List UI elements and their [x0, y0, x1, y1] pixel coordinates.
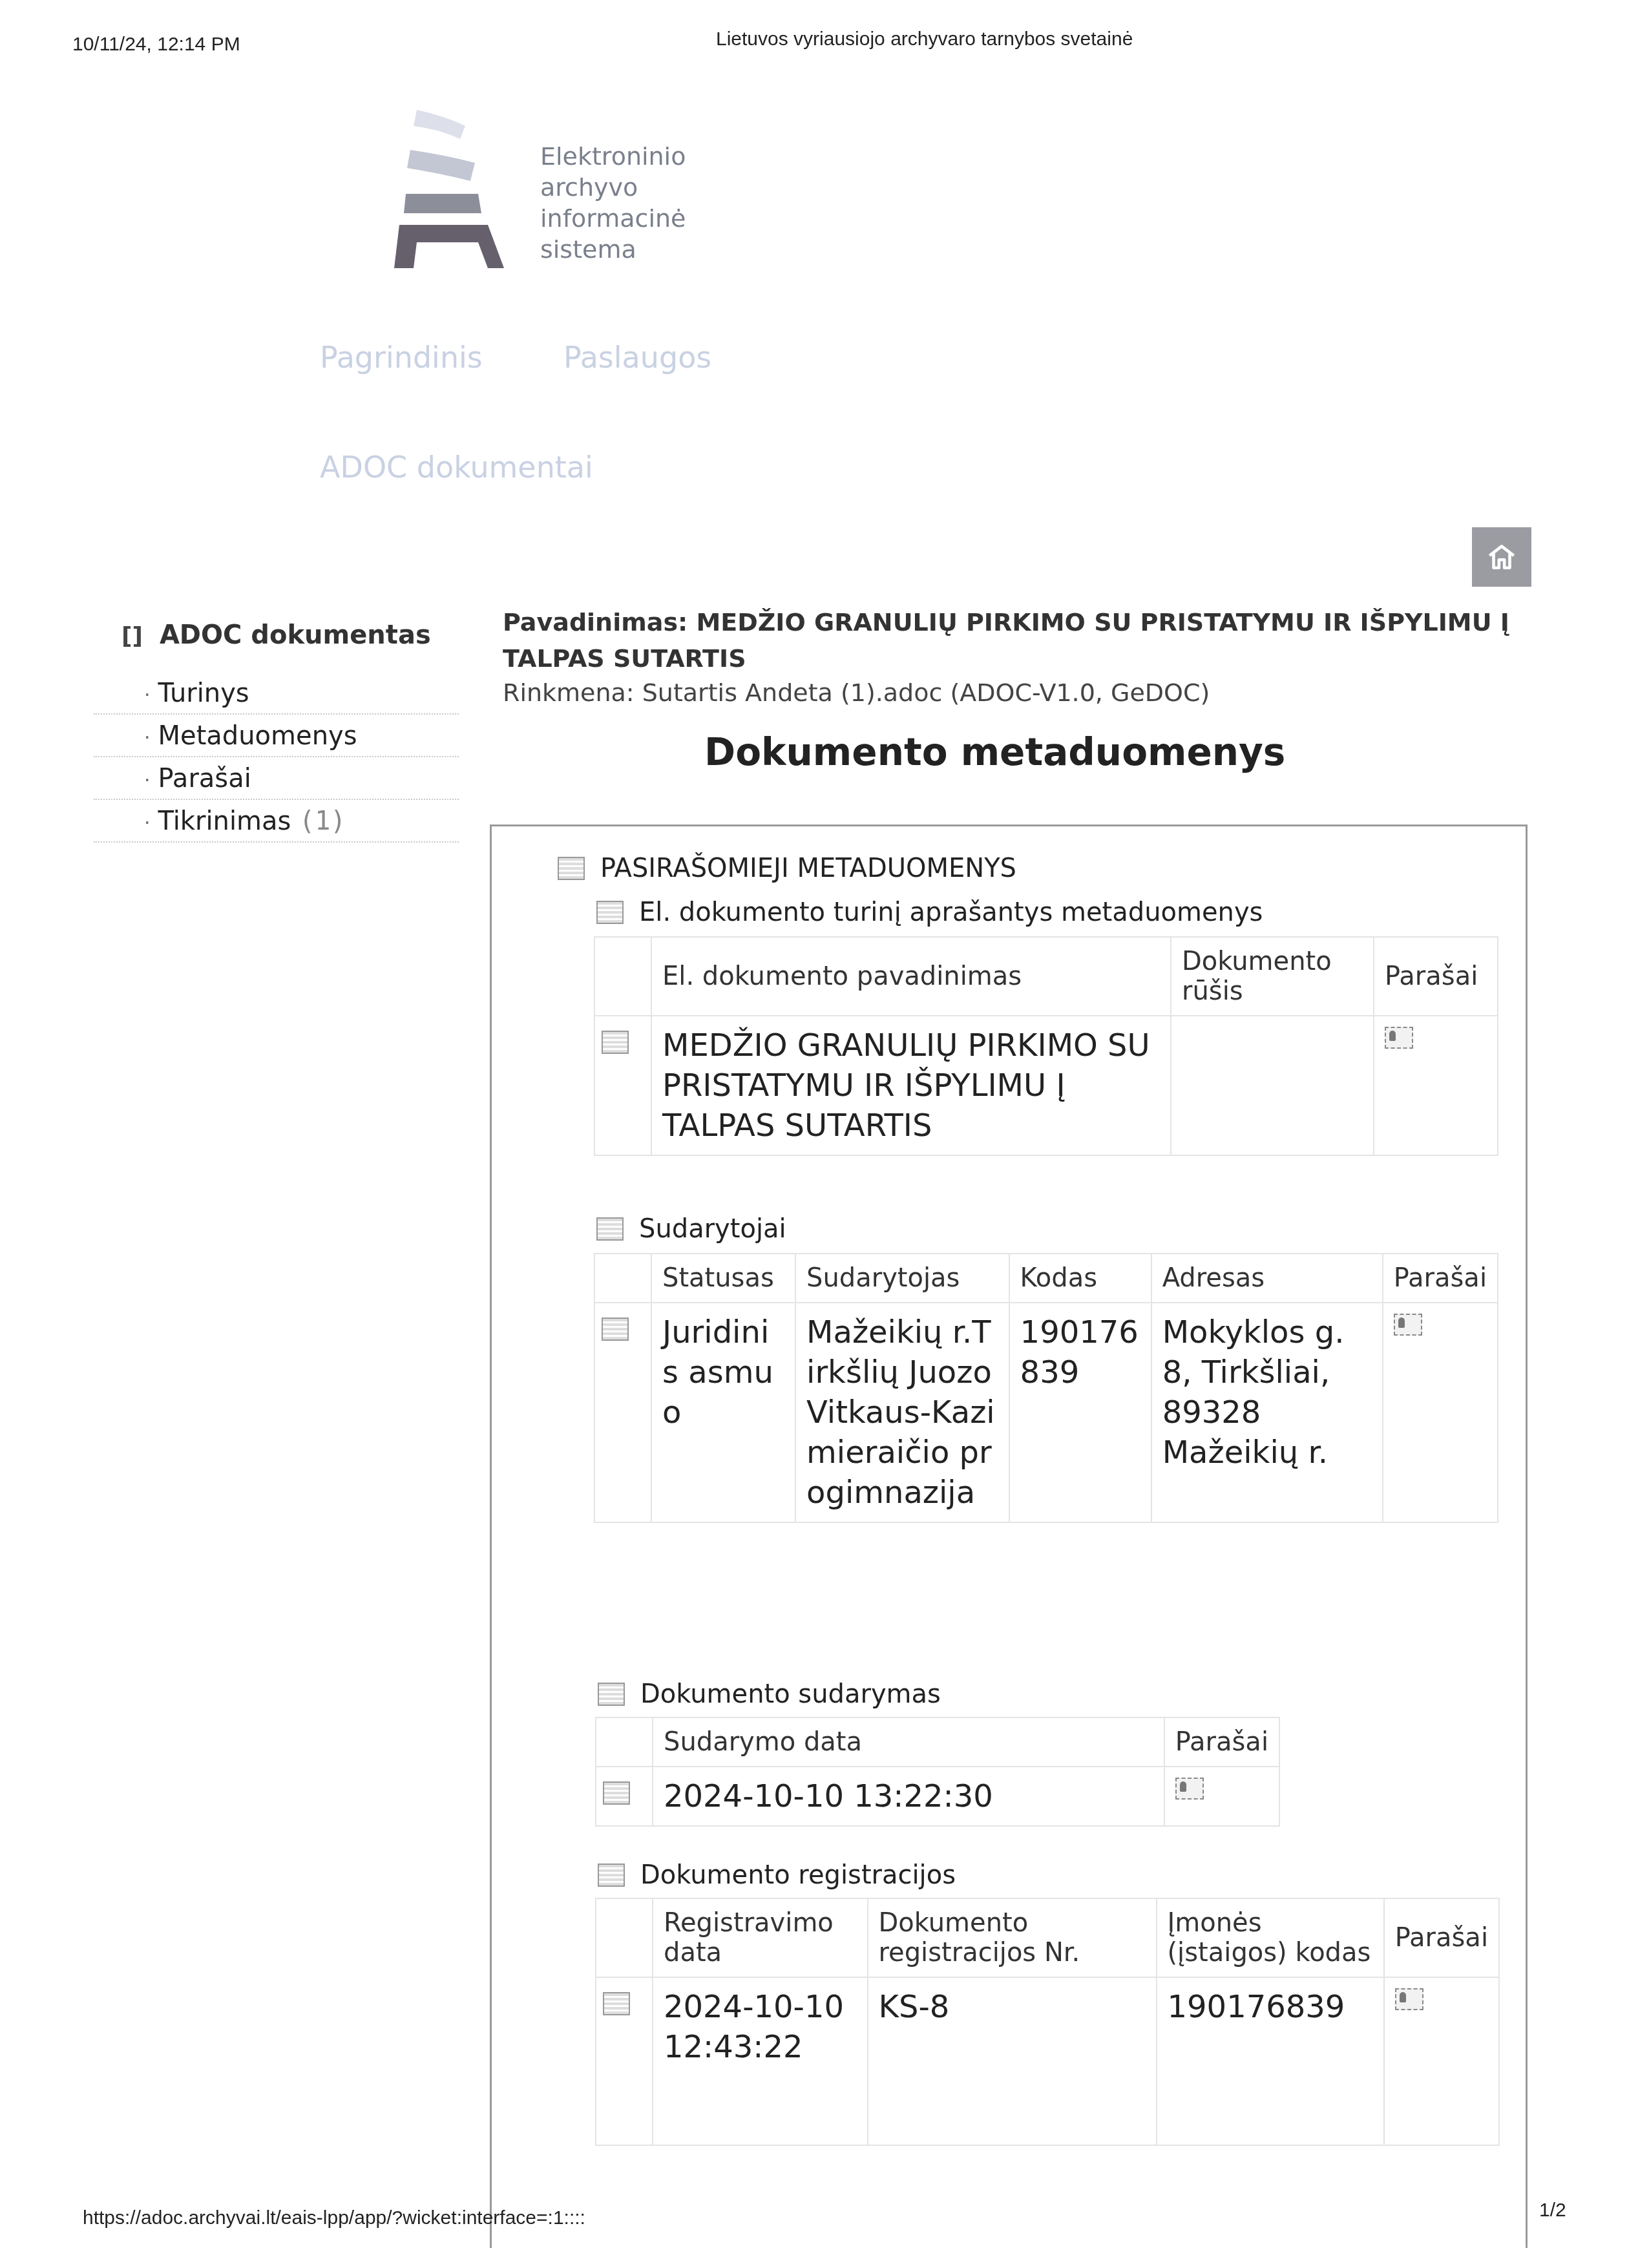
document-file: Rinkmena: Sutartis Andeta (1).adoc (ADOC…	[503, 677, 1511, 709]
cell-creation-date: 2024-10-10 13:22:30	[653, 1767, 1164, 1826]
page-title: Dokumento metaduomenys	[704, 730, 1285, 774]
table-row: 2024-10-10 13:22:30	[596, 1767, 1279, 1826]
sidebar-item-tikrinimas[interactable]: ·Tikrinimas (1)	[94, 800, 459, 843]
sidebar-item-metaduomenys[interactable]: ·Metaduomenys	[94, 715, 459, 757]
signature-icon[interactable]	[1175, 1778, 1204, 1800]
bullet-icon: ·	[144, 727, 151, 750]
row-node-icon[interactable]	[602, 1318, 629, 1341]
col-header: Įmonės (įstaigos) kodas	[1157, 1898, 1384, 1977]
sidebar: []ADOC dokumentas ·Turinys ·Metaduomenys…	[94, 620, 459, 843]
section-content-metadata[interactable]: El. dokumento turinį aprašantys metaduom…	[596, 898, 1263, 927]
sidebar-item-label: Tikrinimas	[158, 806, 291, 836]
col-header: Dokumento registracijos Nr.	[868, 1898, 1157, 1977]
col-header: Statusas	[651, 1254, 795, 1303]
logo-text-line: Elektroninio	[540, 141, 686, 172]
table-row: MEDŽIO GRANULIŲ PIRKIMO SU PRISTATYMU IR…	[594, 1016, 1498, 1155]
col-header: Parašai	[1384, 1898, 1499, 1977]
document-header: Pavadinimas: MEDŽIO GRANULIŲ PIRKIMO SU …	[503, 604, 1511, 709]
cell-registration-date: 2024-10-10 12:43:22	[653, 1977, 868, 2145]
cell-creator: Mažeikių r.Tirkšlių Juozo Vitkaus-Kazimi…	[795, 1303, 1009, 1522]
print-page-title: Lietuvos vyriausiojo archyvaro tarnybos …	[716, 28, 1133, 50]
sidebar-title: []ADOC dokumentas	[94, 620, 459, 672]
col-header: Kodas	[1009, 1254, 1151, 1303]
cell-address: Mokyklos g. 8, Tirkšliai, 89328 Mažeikių…	[1151, 1303, 1383, 1522]
cell-code: 190176839	[1009, 1303, 1151, 1522]
nav-link-adoc-documents[interactable]: ADOC dokumentai	[320, 450, 593, 485]
section-creators[interactable]: Sudarytojai	[596, 1214, 786, 1244]
print-timestamp: 10/11/24, 12:14 PM	[72, 34, 240, 56]
creation-table: Sudarymo data Parašai 2024-10-10 13:22:3…	[595, 1717, 1280, 1827]
section-title: El. dokumento turinį aprašantys metaduom…	[639, 898, 1263, 927]
col-header: Adresas	[1151, 1254, 1383, 1303]
registrations-table: Registravimo data Dokumento registracijo…	[595, 1898, 1500, 2146]
print-page-number: 1/2	[1539, 2200, 1566, 2221]
signature-icon[interactable]	[1385, 1027, 1413, 1049]
tree-node-icon	[598, 1864, 625, 1887]
signature-icon[interactable]	[1395, 1988, 1423, 2010]
sidebar-item-label: Parašai	[158, 764, 251, 793]
document-name: Pavadinimas: MEDŽIO GRANULIŲ PIRKIMO SU …	[503, 604, 1511, 677]
section-signable-metadata[interactable]: PASIRAŠOMIEJI METADUOMENYS	[558, 854, 1016, 883]
row-node-icon[interactable]	[603, 1992, 630, 2015]
col-header: Registravimo data	[653, 1898, 868, 1977]
cell-status: Juridinis asmuo	[651, 1303, 795, 1522]
sidebar-title-text: ADOC dokumentas	[160, 620, 431, 650]
cell-document-name: MEDŽIO GRANULIŲ PIRKIMO SU PRISTATYMU IR…	[651, 1016, 1171, 1155]
content-metadata-table: El. dokumento pavadinimas Dokumento rūši…	[594, 936, 1498, 1156]
bullet-icon: ·	[144, 770, 151, 792]
signature-icon[interactable]	[1394, 1314, 1422, 1336]
nav-link-services[interactable]: Paslaugos	[563, 340, 711, 375]
eais-logo[interactable]: Elektroninio archyvo informacinė sistema	[388, 103, 711, 271]
sidebar-item-parasai[interactable]: ·Parašai	[94, 757, 459, 800]
logo-text-line: informacinė	[540, 203, 686, 234]
sidebar-item-turinys[interactable]: ·Turinys	[94, 672, 459, 715]
nav-link-main[interactable]: Pagrindinis	[320, 340, 483, 375]
tree-node-icon	[596, 901, 624, 924]
col-header: Parašai	[1383, 1254, 1498, 1303]
bullet-icon: ·	[144, 684, 151, 707]
section-title: Dokumento sudarymas	[640, 1679, 941, 1709]
section-registrations[interactable]: Dokumento registracijos	[598, 1860, 956, 1890]
cell-document-type	[1171, 1016, 1374, 1155]
home-button[interactable]	[1472, 527, 1531, 587]
section-title: Sudarytojai	[639, 1214, 786, 1244]
table-row: Juridinis asmuo Mažeikių r.Tirkšlių Juoz…	[594, 1303, 1498, 1522]
col-header: El. dokumento pavadinimas	[651, 937, 1171, 1016]
table-row: 2024-10-10 12:43:22 KS-8 190176839	[596, 1977, 1499, 2145]
logo-text-line: archyvo	[540, 172, 686, 203]
col-header: Parašai	[1374, 937, 1498, 1016]
tree-node-icon	[558, 857, 585, 880]
row-node-icon[interactable]	[602, 1031, 629, 1054]
sidebar-item-label: Metaduomenys	[158, 721, 357, 751]
collapse-bracket-icon[interactable]: []	[121, 623, 143, 649]
section-title: PASIRAŠOMIEJI METADUOMENYS	[600, 854, 1016, 883]
cell-company-code: 190176839	[1157, 1977, 1384, 2145]
row-node-icon[interactable]	[603, 1781, 630, 1805]
col-header: Sudarymo data	[653, 1717, 1164, 1767]
col-header: Dokumento rūšis	[1171, 937, 1374, 1016]
cell-registration-number: KS-8	[868, 1977, 1157, 2145]
creators-table: Statusas Sudarytojas Kodas Adresas Paraš…	[594, 1253, 1498, 1523]
sidebar-item-label: Turinys	[158, 678, 249, 708]
bullet-icon: ·	[144, 812, 151, 835]
tree-node-icon	[596, 1217, 624, 1241]
tree-node-icon	[598, 1683, 625, 1706]
section-title: Dokumento registracijos	[640, 1860, 956, 1890]
col-header: Parašai	[1164, 1717, 1279, 1767]
print-url: https://adoc.archyvai.lt/eais-lpp/app/?w…	[83, 2207, 585, 2229]
logo-mark-icon	[388, 103, 536, 271]
home-icon	[1486, 541, 1518, 573]
issue-count: (1)	[299, 806, 346, 836]
col-header: Sudarytojas	[795, 1254, 1009, 1303]
section-creation[interactable]: Dokumento sudarymas	[598, 1679, 941, 1709]
logo-text-line: sistema	[540, 234, 686, 265]
metadata-panel: PASIRAŠOMIEJI METADUOMENYS El. dokumento…	[490, 824, 1528, 2248]
